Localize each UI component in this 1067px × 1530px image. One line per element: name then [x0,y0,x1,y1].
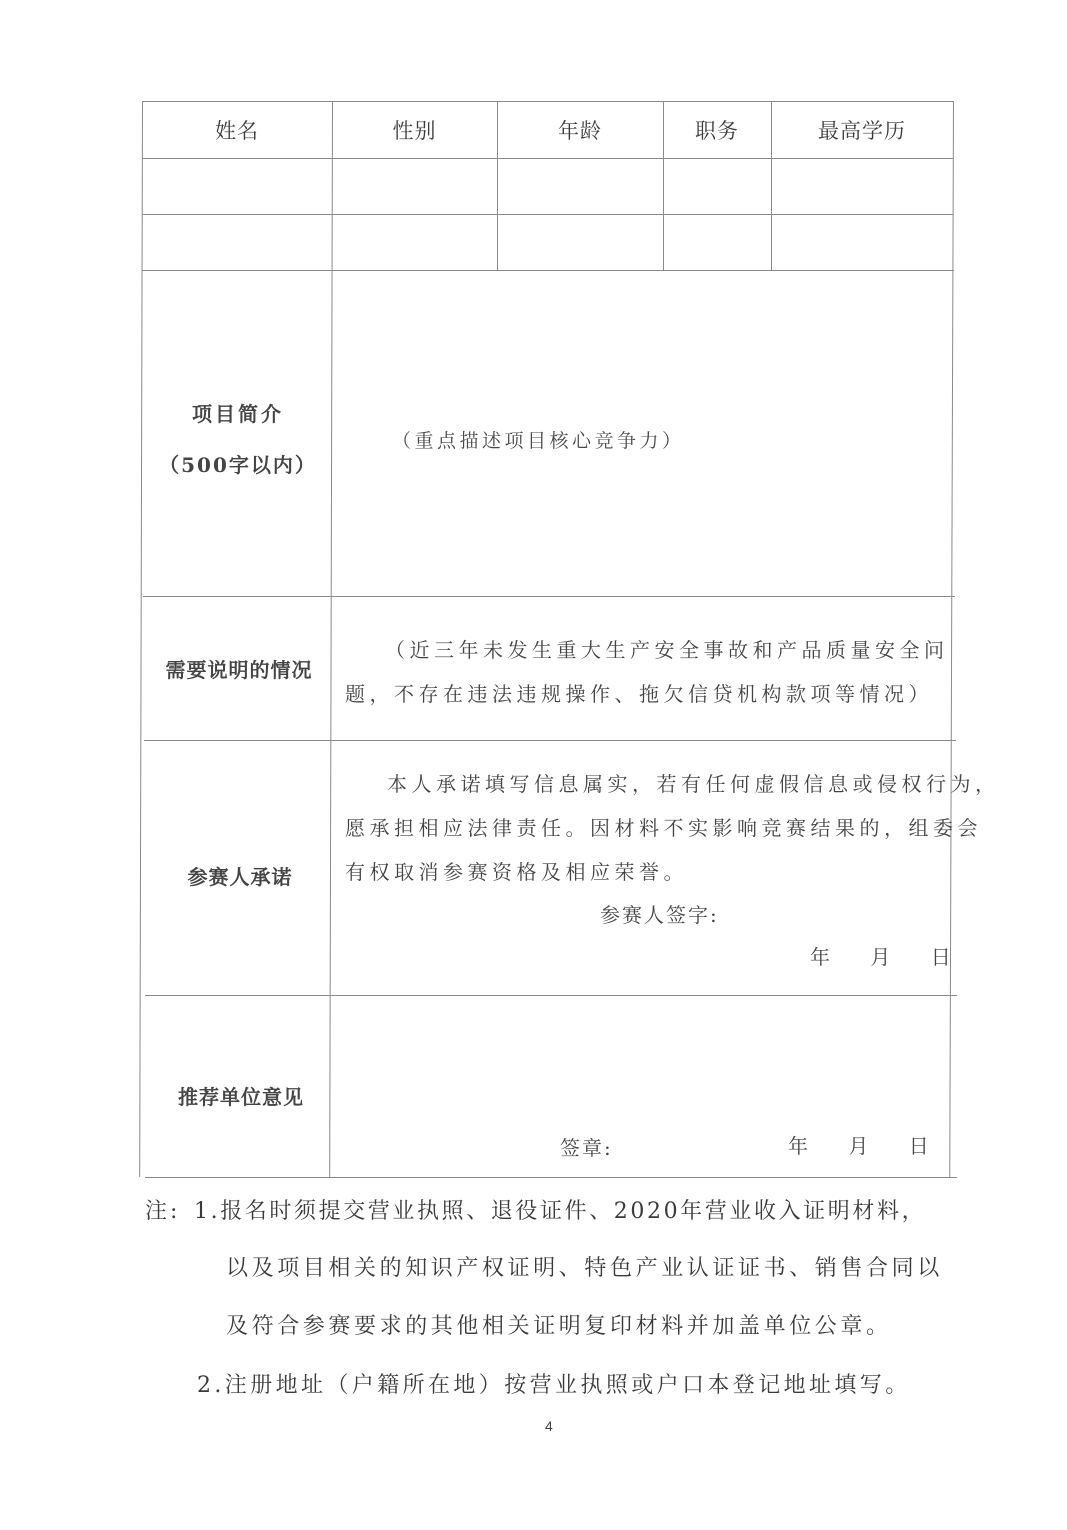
position-field-1[interactable] [664,159,770,213]
project-intro-limit: （500字以内） [143,449,333,478]
note-2: 2.注册地址（户籍所在地）按营业执照或户口本登记地址填写。 [197,1368,911,1399]
page-number: 4 [545,1418,553,1434]
gender-field-1[interactable] [333,159,496,213]
promise-line-1: 本人承诺填写信息属实，若有任何虚假信息或侵权行为， [345,762,950,806]
date-year: 年 [810,945,830,969]
header-education: 最高学历 [771,101,953,158]
position-field-2[interactable] [664,215,770,269]
notes-prefix: 注: [145,1194,180,1225]
education-field-1[interactable] [772,159,952,213]
project-intro-title: 项目简介 [143,398,333,427]
date-day: 日 [909,1134,929,1158]
note-1-line-2: 以及项目相关的知识产权证明、特色产业认证证书、销售合同以 [226,1251,943,1282]
date-month: 月 [848,1134,868,1158]
participant-signature-label: 参赛人签字: [600,893,719,937]
project-intro-field[interactable]: （重点描述项目核心竞争力） [334,271,954,595]
participant-date[interactable]: 年 月 日 [810,935,951,979]
header-name: 姓名 [142,101,332,158]
participant-signature-field[interactable] [730,898,940,932]
promise-line-3: 有权取消参赛资格及相应荣誉。 [345,850,950,894]
project-intro-hint: （重点描述项目核心竞争力） [392,419,685,463]
note-1-line-3: 及符合参赛要求的其他相关证明复印材料并加盖单位公章。 [226,1309,892,1340]
promise-text: 本人承诺填写信息属实，若有任何虚假信息或侵权行为， 愿承担相应法律责任。因材料不… [345,762,950,894]
table-border-bottom [145,1177,957,1178]
gender-field-2[interactable] [333,215,496,269]
recommendation-label: 推荐单位意见 [145,1040,337,1150]
header-age: 年龄 [497,101,663,158]
row-divider [145,995,957,996]
header-gender: 性别 [332,101,497,158]
explanation-field[interactable]: （近三年未发生重大生产安全事故和产品质量安全问 题，不存在违法违规操作、拖欠信贷… [345,628,950,716]
note-1-line-1: 1.报名时须提交营业执照、退役证件、2020年营业收入证明材料， [194,1194,926,1225]
promise-label: 参赛人承诺 [144,820,336,930]
education-field-2[interactable] [772,215,952,269]
row-divider [144,740,956,741]
name-field-1[interactable] [143,159,331,213]
date-month: 月 [870,945,890,969]
recommendation-field[interactable] [338,997,955,1117]
explanation-hint-line-1: （近三年未发生重大生产安全事故和产品质量安全问 [345,628,950,672]
age-field-1[interactable] [498,159,662,213]
date-year: 年 [788,1134,808,1158]
project-intro-label: 项目简介 （500字以内） [143,398,333,478]
seal-label: 签章: [560,1126,613,1170]
date-day: 日 [931,945,951,969]
age-field-2[interactable] [498,215,662,269]
recommendation-date[interactable]: 年 月 日 [788,1124,929,1168]
explanation-label: 需要说明的情况 [143,597,335,740]
header-position: 职务 [663,101,771,158]
promise-line-2: 愿承担相应法律责任。因材料不实影响竞赛结果的，组委会 [345,806,950,850]
name-field-2[interactable] [143,215,331,269]
explanation-hint-line-2: 题，不存在违法违规操作、拖欠信贷机构款项等情况） [345,672,950,716]
